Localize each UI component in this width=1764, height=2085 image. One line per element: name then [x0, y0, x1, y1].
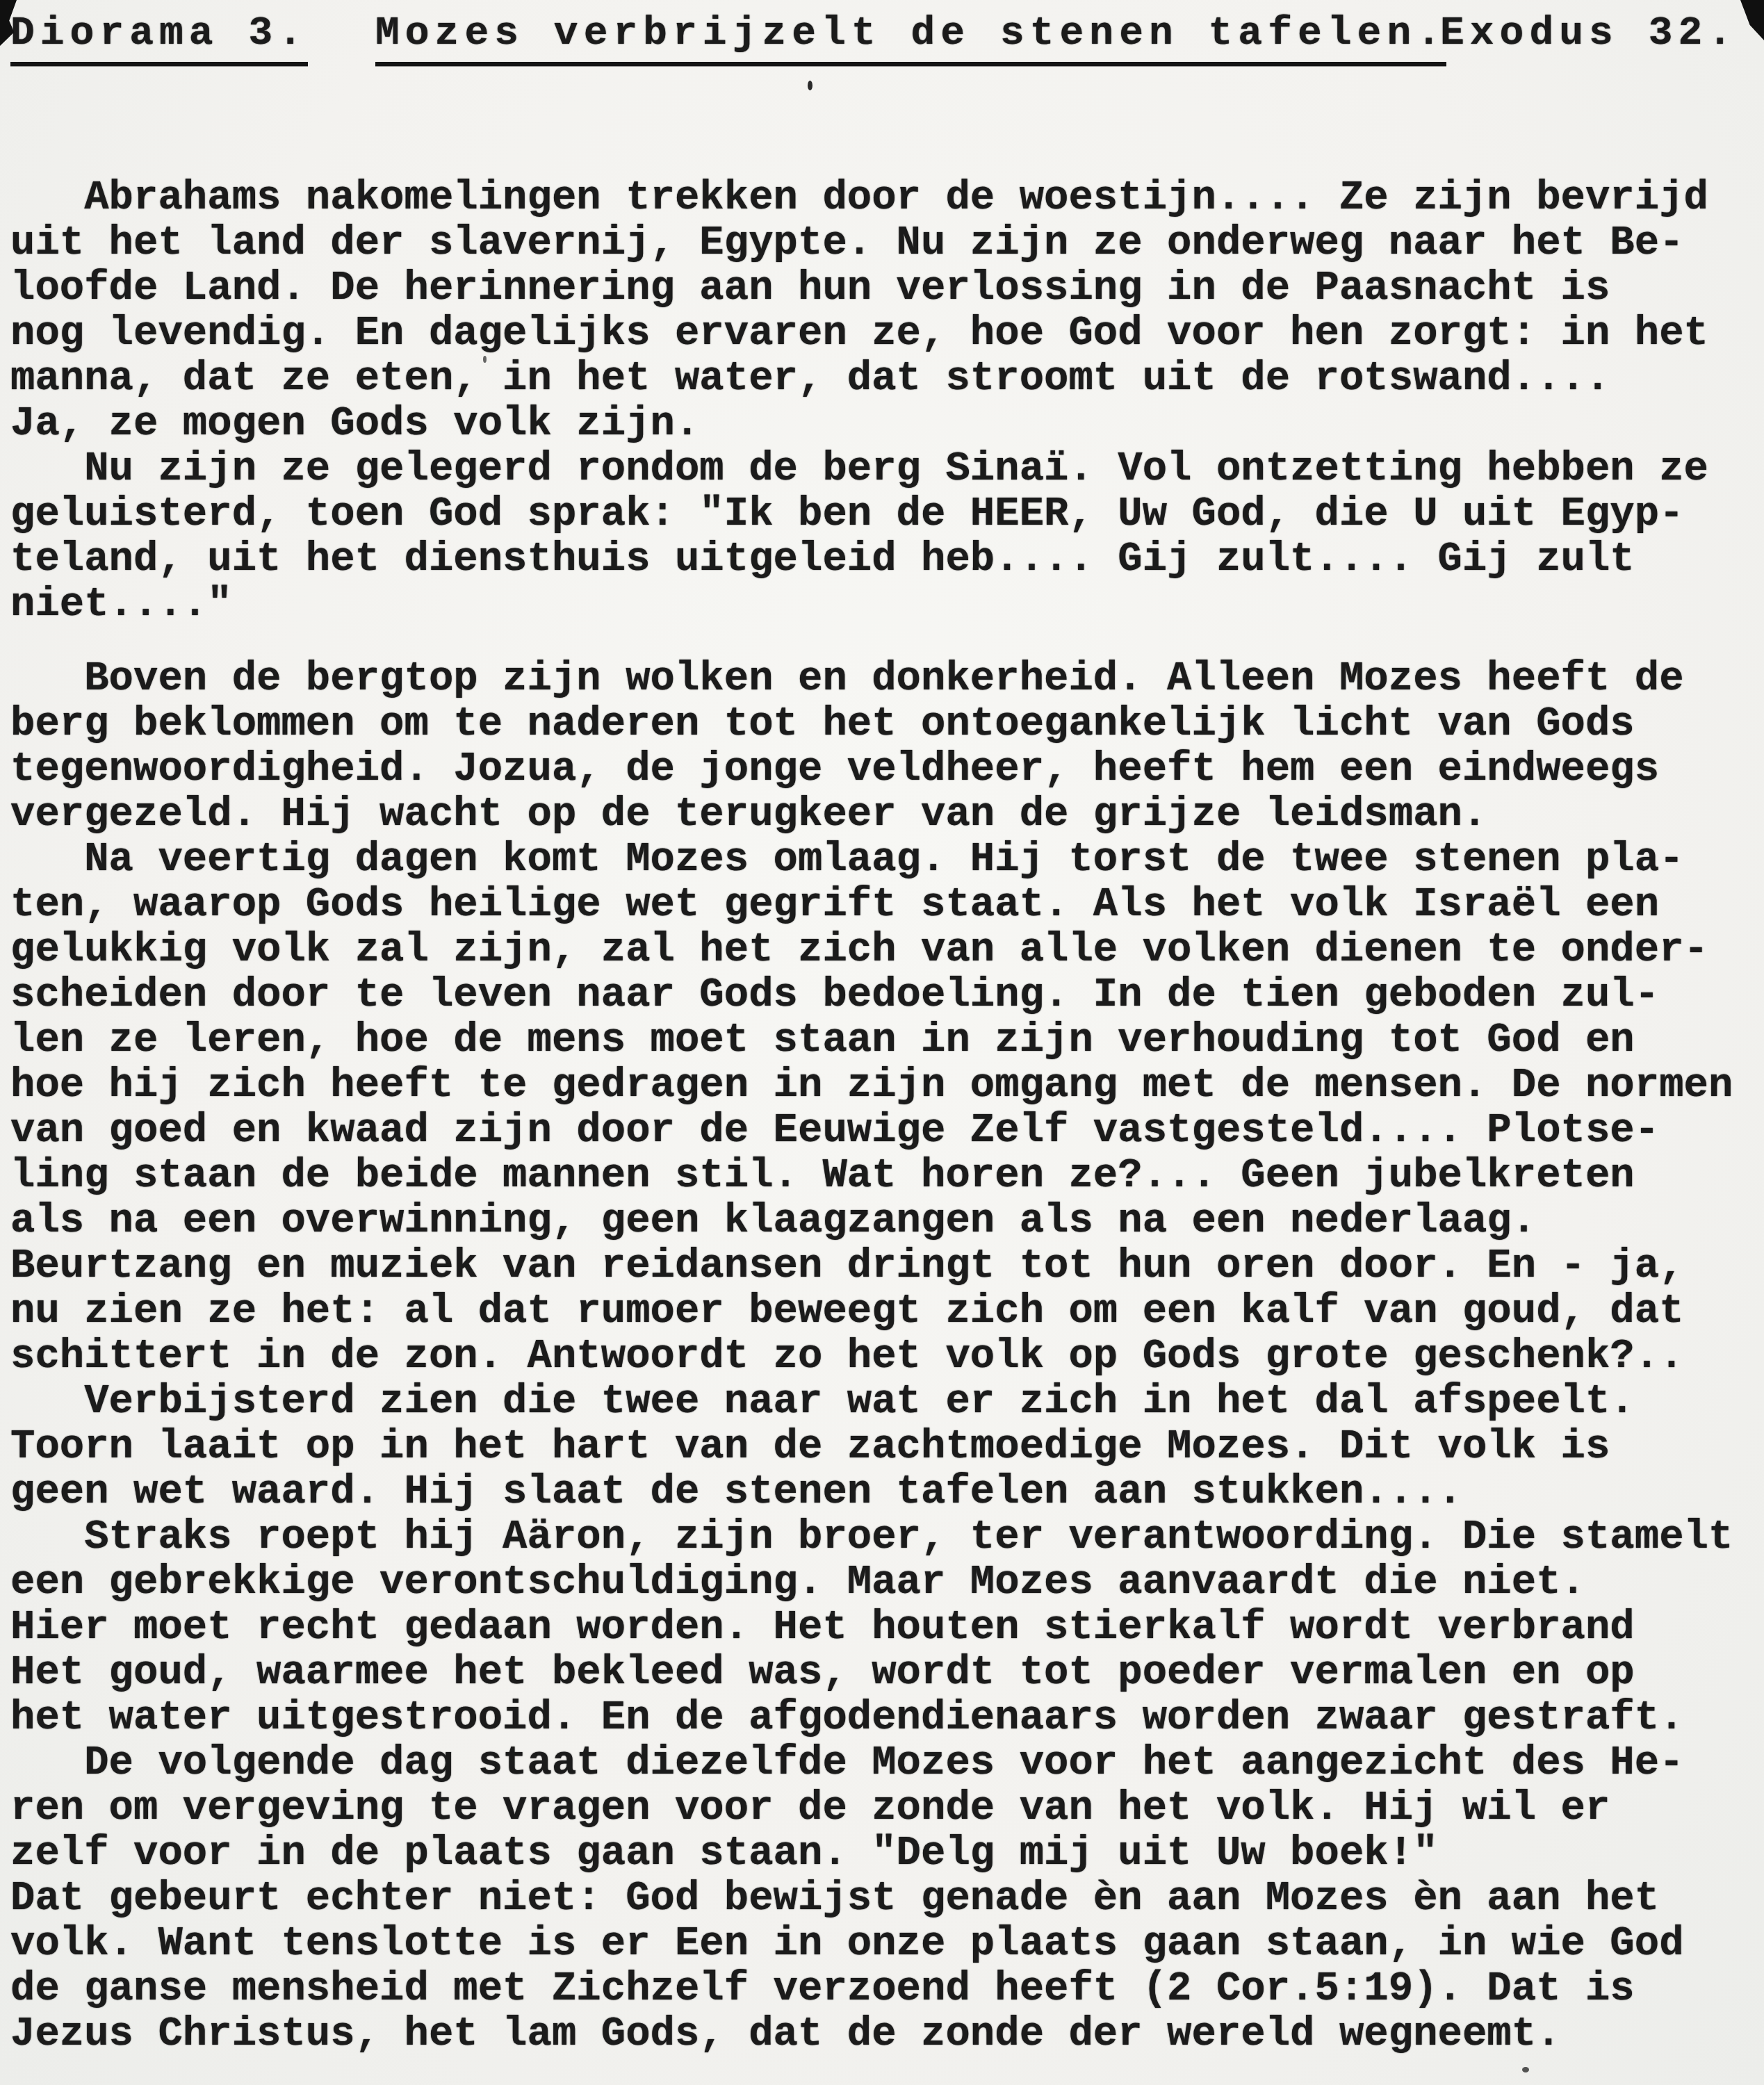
text-line: gelukkig volk zal zijn, zal het zich van…: [10, 927, 1764, 972]
text-line: niet....": [10, 582, 1764, 627]
text-line: van goed en kwaad zijn door de Eeuwige Z…: [10, 1108, 1764, 1153]
text-line: het water uitgestrooid. En de afgodendie…: [10, 1695, 1764, 1740]
text-line: Verbijsterd zien die twee naar wat er zi…: [10, 1379, 1764, 1424]
ink-speck: [483, 356, 487, 363]
text-line: Straks roept hij Aäron, zijn broer, ter …: [10, 1514, 1764, 1560]
text-line: de ganse mensheid met Zichzelf verzoend …: [10, 1966, 1764, 2011]
text-line: ling staan de beide mannen stil. Wat hor…: [10, 1153, 1764, 1198]
text-line: volk. Want tenslotte is er Een in onze p…: [10, 1921, 1764, 1966]
text-line: als na een overwinning, geen klaagzangen…: [10, 1198, 1764, 1243]
text-line: teland, uit het diensthuis uitgeleid heb…: [10, 537, 1764, 582]
text-line: Toorn laait op in het hart van de zachtm…: [10, 1424, 1764, 1469]
text-line: len ze leren, hoe de mens moet staan in …: [10, 1017, 1764, 1063]
text-line: geen wet waard. Hij slaat de stenen tafe…: [10, 1469, 1764, 1514]
page-title: Mozes verbrijzelt de stenen tafelen.: [375, 13, 1446, 66]
text-line: Na veertig dagen komt Mozes omlaag. Hij …: [10, 837, 1764, 882]
text-line: Boven de bergtop zijn wolken en donkerhe…: [10, 656, 1764, 701]
text-line: geluisterd, toen God sprak: "Ik ben de H…: [10, 491, 1764, 537]
scan-artifact-top-right: [1740, 0, 1764, 40]
text-line: ten, waarop Gods heilige wet gegrift sta…: [10, 882, 1764, 927]
text-line: nog levendig. En dagelijks ervaren ze, h…: [10, 311, 1764, 356]
document-page: Diorama 3. Mozes verbrijzelt de stenen t…: [0, 0, 1764, 2085]
text-line: De volgende dag staat diezelfde Mozes vo…: [10, 1740, 1764, 1785]
text-line: Dat gebeurt echter niet: God bewijst gen…: [10, 1876, 1764, 1921]
document-body: Abrahams nakomelingen trekken door de wo…: [10, 175, 1764, 2057]
ink-speck: [808, 81, 812, 90]
ink-speck: [1522, 2067, 1529, 2072]
text-line: uit het land der slavernij, Egypte. Nu z…: [10, 220, 1764, 265]
text-line: loofde Land. De herinnering aan hun verl…: [10, 265, 1764, 311]
text-line: ren om vergeving te vragen voor de zonde…: [10, 1785, 1764, 1831]
text-line: scheiden door te leven naar Gods bedoeli…: [10, 972, 1764, 1017]
text-line: Het goud, waarmee het bekleed was, wordt…: [10, 1650, 1764, 1695]
text-line: een gebrekkige verontschuldiging. Maar M…: [10, 1560, 1764, 1605]
text-line: hoe hij zich heeft te gedragen in zijn o…: [10, 1063, 1764, 1108]
text-line: Jezus Christus, het lam Gods, dat de zon…: [10, 2011, 1764, 2057]
text-line: Abrahams nakomelingen trekken door de wo…: [10, 175, 1764, 220]
text-line: Nu zijn ze gelegerd rondom de berg Sinaï…: [10, 446, 1764, 491]
diorama-label: Diorama 3.: [10, 13, 308, 66]
text-line: tegenwoordigheid. Jozua, de jonge veldhe…: [10, 746, 1764, 792]
text-line: zelf voor in de plaats gaan staan. "Delg…: [10, 1831, 1764, 1876]
text-line: schittert in de zon. Antwoordt zo het vo…: [10, 1334, 1764, 1379]
text-line: manna, dat ze eten, in het water, dat st…: [10, 356, 1764, 401]
scripture-reference: Exodus 32.: [1440, 13, 1738, 56]
text-line: nu zien ze het: al dat rumoer beweegt zi…: [10, 1289, 1764, 1334]
text-line: Beurtzang en muziek van reidansen dringt…: [10, 1243, 1764, 1289]
text-line: Hier moet recht gedaan worden. Het houte…: [10, 1605, 1764, 1650]
text-line: vergezeld. Hij wacht op de terugkeer van…: [10, 792, 1764, 837]
text-line: Ja, ze mogen Gods volk zijn.: [10, 401, 1764, 446]
text-line: berg beklommen om te naderen tot het ont…: [10, 701, 1764, 746]
